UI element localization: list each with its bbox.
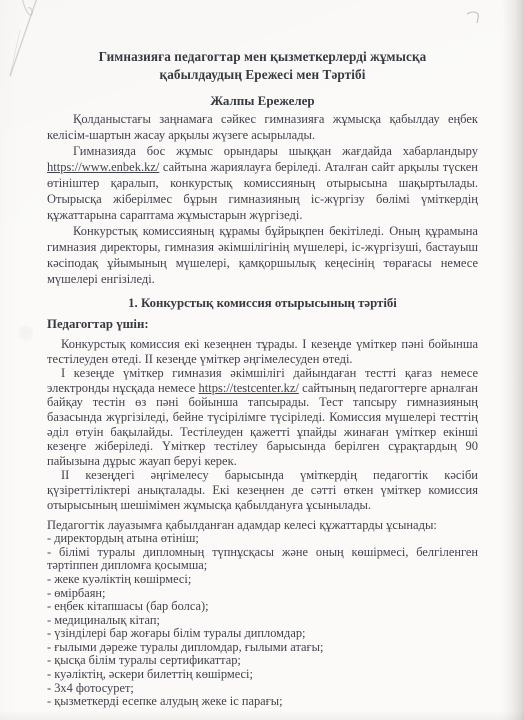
- list-item: - 3x4 фотосурет;: [47, 682, 478, 696]
- list-item: - медициналық кітап;: [47, 614, 478, 628]
- vacancy-text-before: Гимназияда бос жұмыс орындары шыққан жағ…: [73, 144, 478, 158]
- documents-list-intro: Педагогтік лауазымға қабылданған адамдар…: [47, 518, 478, 532]
- document-title: Гимназияға педагогтар мен қызметкерлерді…: [59, 48, 467, 84]
- scanned-document-page: Гимназияға педагогтар мен қызметкерлерді…: [0, 0, 524, 720]
- paragraph-stage-two-interview: II кезеңдегі әңгімелесу барысында үмітке…: [47, 468, 478, 512]
- list-item: - куәліктің, әскери билеттің көшірмесі;: [47, 668, 478, 682]
- list-item: - директордың атына өтініш;: [47, 532, 478, 546]
- list-item: - білімі туралы дипломның түпнұсқасы жән…: [47, 546, 478, 573]
- paragraph-two-stages: Конкурстық комиссия екі кезеңнен тұрады.…: [47, 337, 478, 366]
- paragraph-hiring-basis: Қолданыстағы заңнамаға сәйкес гимназияға…: [47, 111, 478, 143]
- required-documents-list: - директордың атына өтініш; - білімі тур…: [47, 532, 478, 709]
- enbek-url-text: https://www.enbek.kz/: [47, 160, 159, 174]
- scan-bottom-shadow: [0, 710, 524, 720]
- list-item: - жеке куәліктің көшірмесі;: [47, 573, 478, 587]
- paragraph-vacancy-announcement: Гимназияда бос жұмыс орындары шыққан жағ…: [47, 143, 478, 223]
- paragraph-stage-one-testing: I кезеңде үміткер гимназия әкімшілігі да…: [47, 366, 478, 468]
- list-item: - еңбек кітапшасы (бар болса);: [47, 600, 478, 614]
- list-item: - ғылыми дәреже туралы дипломдар, ғылыми…: [47, 641, 478, 655]
- list-item: - үзінділері бар жоғары білім туралы дип…: [47, 627, 478, 641]
- testcenter-url-text: https://testcenter.kz/: [199, 381, 299, 395]
- list-item: - қызметкерді есепке алудың жеке іс пара…: [47, 695, 478, 709]
- paragraph-commission-composition: Конкурстық комиссияның құрамы бұйрықпен …: [47, 223, 478, 287]
- general-rules-heading: Жалпы Ережелер: [47, 92, 478, 109]
- for-teachers-subheading: Педагогтар үшін:: [47, 316, 478, 333]
- document-content: Гимназияға педагогтар мен қызметкерлерді…: [0, 0, 524, 709]
- commission-procedure-heading: 1. Конкурстық комиссия отырысының тәртіб…: [47, 295, 478, 312]
- list-item: - қысқа білім туралы сертификаттар;: [47, 654, 478, 668]
- list-item: - өмірбаян;: [47, 587, 478, 601]
